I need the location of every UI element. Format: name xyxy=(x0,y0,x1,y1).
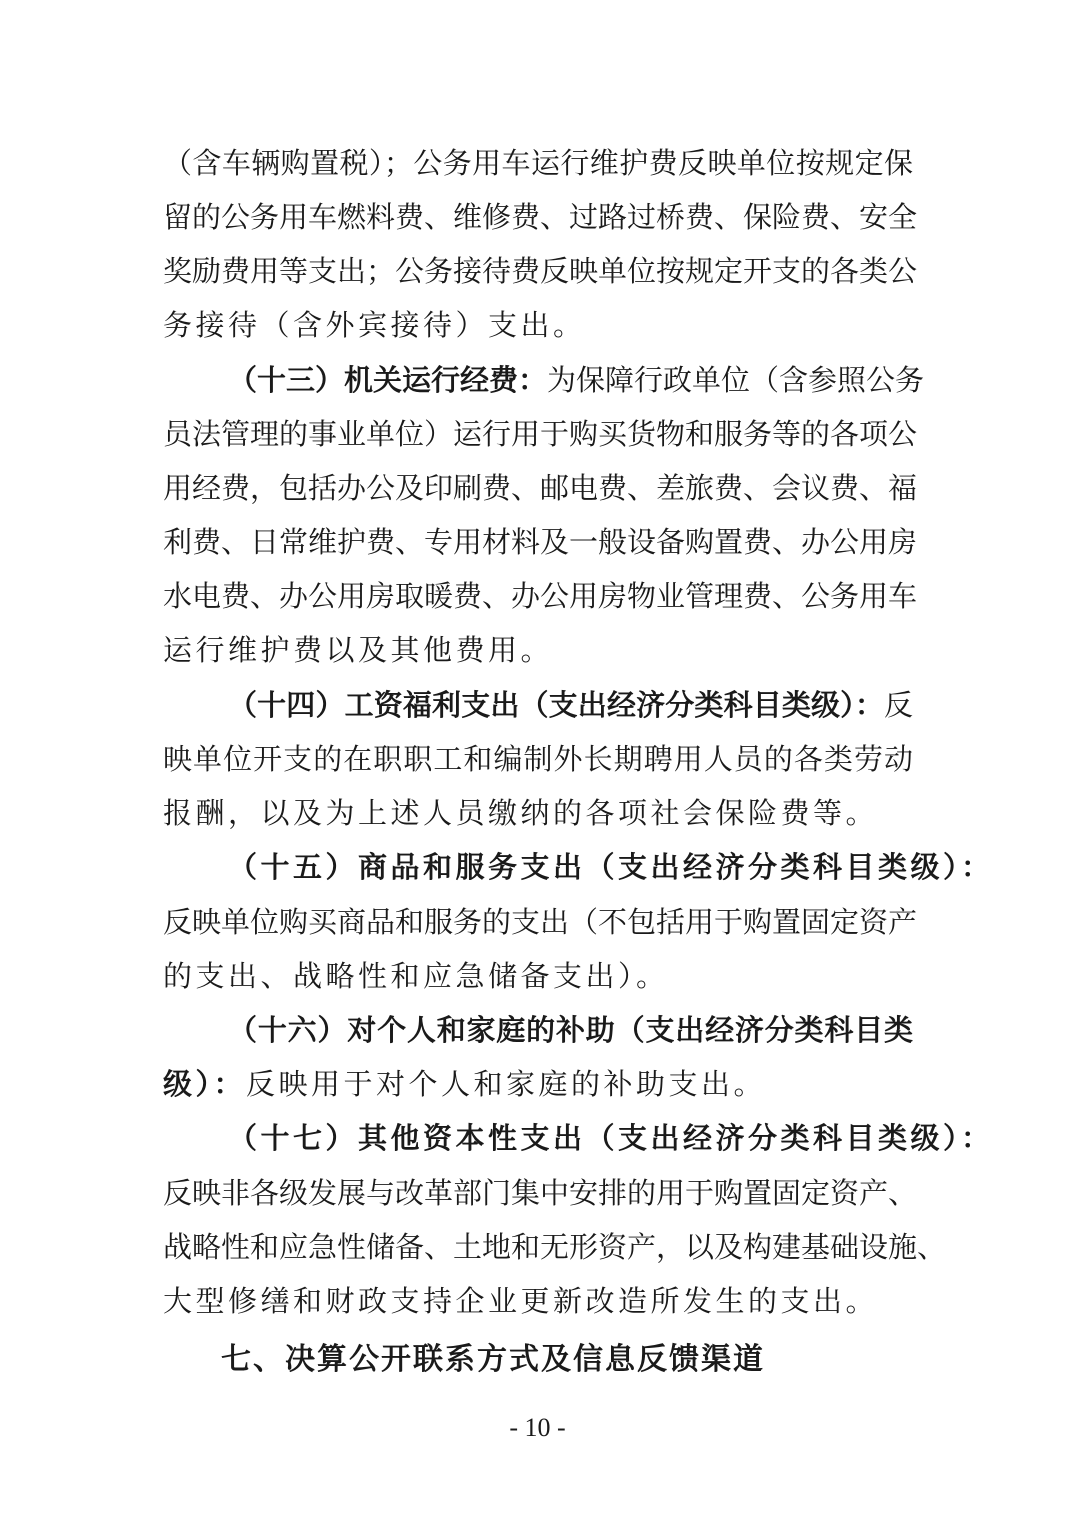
item-heading-17: （十七）其他资本性支出（支出经济分类科目类级）： xyxy=(228,1121,994,1155)
paragraph-first-line: （十七）其他资本性支出（支出经济分类科目类级）： xyxy=(228,1118,913,1158)
text-line: 大型修缮和财政支持企业更新改造所发生的支出。 xyxy=(163,1281,913,1321)
text-span: 为保障行政单位（含参照公务 xyxy=(547,363,924,397)
text-line: 映单位开支的在职职工和编制外长期聘用人员的各类劳动 xyxy=(163,739,913,779)
text-span: 级）： xyxy=(163,1067,246,1101)
item-heading-16: （十六）对个人和家庭的补助 xyxy=(228,1013,616,1047)
paragraph-first-line: （十四）工资福利支出（支出经济分类科目类级）：反 xyxy=(228,685,913,725)
paragraph-first-line: （十六）对个人和家庭的补助（支出经济分类科目类 xyxy=(228,1010,913,1050)
text-line: 级）：反映用于对个人和家庭的补助支出。 xyxy=(163,1064,913,1104)
text-span: 反 xyxy=(884,688,913,722)
item-heading-14: （十四）工资福利支出（支出经济分类科目类级）： xyxy=(228,688,884,722)
item-heading-15: （十五）商品和服务支出（支出经济分类科目类级）： xyxy=(228,850,994,884)
text-line: 留的公务用车燃料费、维修费、过路过桥费、保险费、安全 xyxy=(163,197,913,237)
text-line: 员法管理的事业单位）运行用于购买货物和服务等的各项公 xyxy=(163,414,913,454)
text-line: 利费、日常维护费、专用材料及一般设备购置费、办公用房 xyxy=(163,522,913,562)
text-line: 务接待（含外宾接待）支出。 xyxy=(163,305,913,345)
text-line: 反映非各级发展与改革部门集中安排的用于购置固定资产、 xyxy=(163,1173,913,1213)
text-line: 水电费、办公用房取暖费、办公用房物业管理费、公务用车 xyxy=(163,576,913,616)
text-line: 反映单位购买商品和服务的支出（不包括用于购置固定资产 xyxy=(163,902,913,942)
text-span: （支出经济分类科目类 xyxy=(616,1013,913,1047)
text-line: 的支出、战略性和应急储备支出）。 xyxy=(163,956,913,996)
text-line: 奖励费用等支出；公务接待费反映单位按规定开支的各类公 xyxy=(163,251,913,291)
text-line: （含车辆购置税）；公务用车运行维护费反映单位按规定保 xyxy=(163,143,913,183)
section-heading: 七、决算公开联系方式及信息反馈渠道 xyxy=(221,1340,765,1380)
text-span: 反映用于对个人和家庭的补助支出。 xyxy=(246,1067,766,1101)
text-line: 用经费，包括办公及印刷费、邮电费、差旅费、会议费、福 xyxy=(163,468,913,508)
text-line: 运行维护费以及其他费用。 xyxy=(163,630,913,670)
paragraph-first-line: （十三）机关运行经费：为保障行政单位（含参照公务 xyxy=(228,360,913,400)
item-heading-13: （十三）机关运行经费： xyxy=(228,363,547,397)
text-line: 报酬，以及为上述人员缴纳的各项社会保险费等。 xyxy=(163,793,913,833)
paragraph-first-line: （十五）商品和服务支出（支出经济分类科目类级）： xyxy=(228,847,913,887)
document-page: （含车辆购置税）；公务用车运行维护费反映单位按规定保 留的公务用车燃料费、维修费… xyxy=(0,0,1075,1520)
text-line: 战略性和应急性储备、土地和无形资产，以及构建基础设施、 xyxy=(163,1227,913,1267)
page-number: - 10 - xyxy=(0,1410,1075,1446)
